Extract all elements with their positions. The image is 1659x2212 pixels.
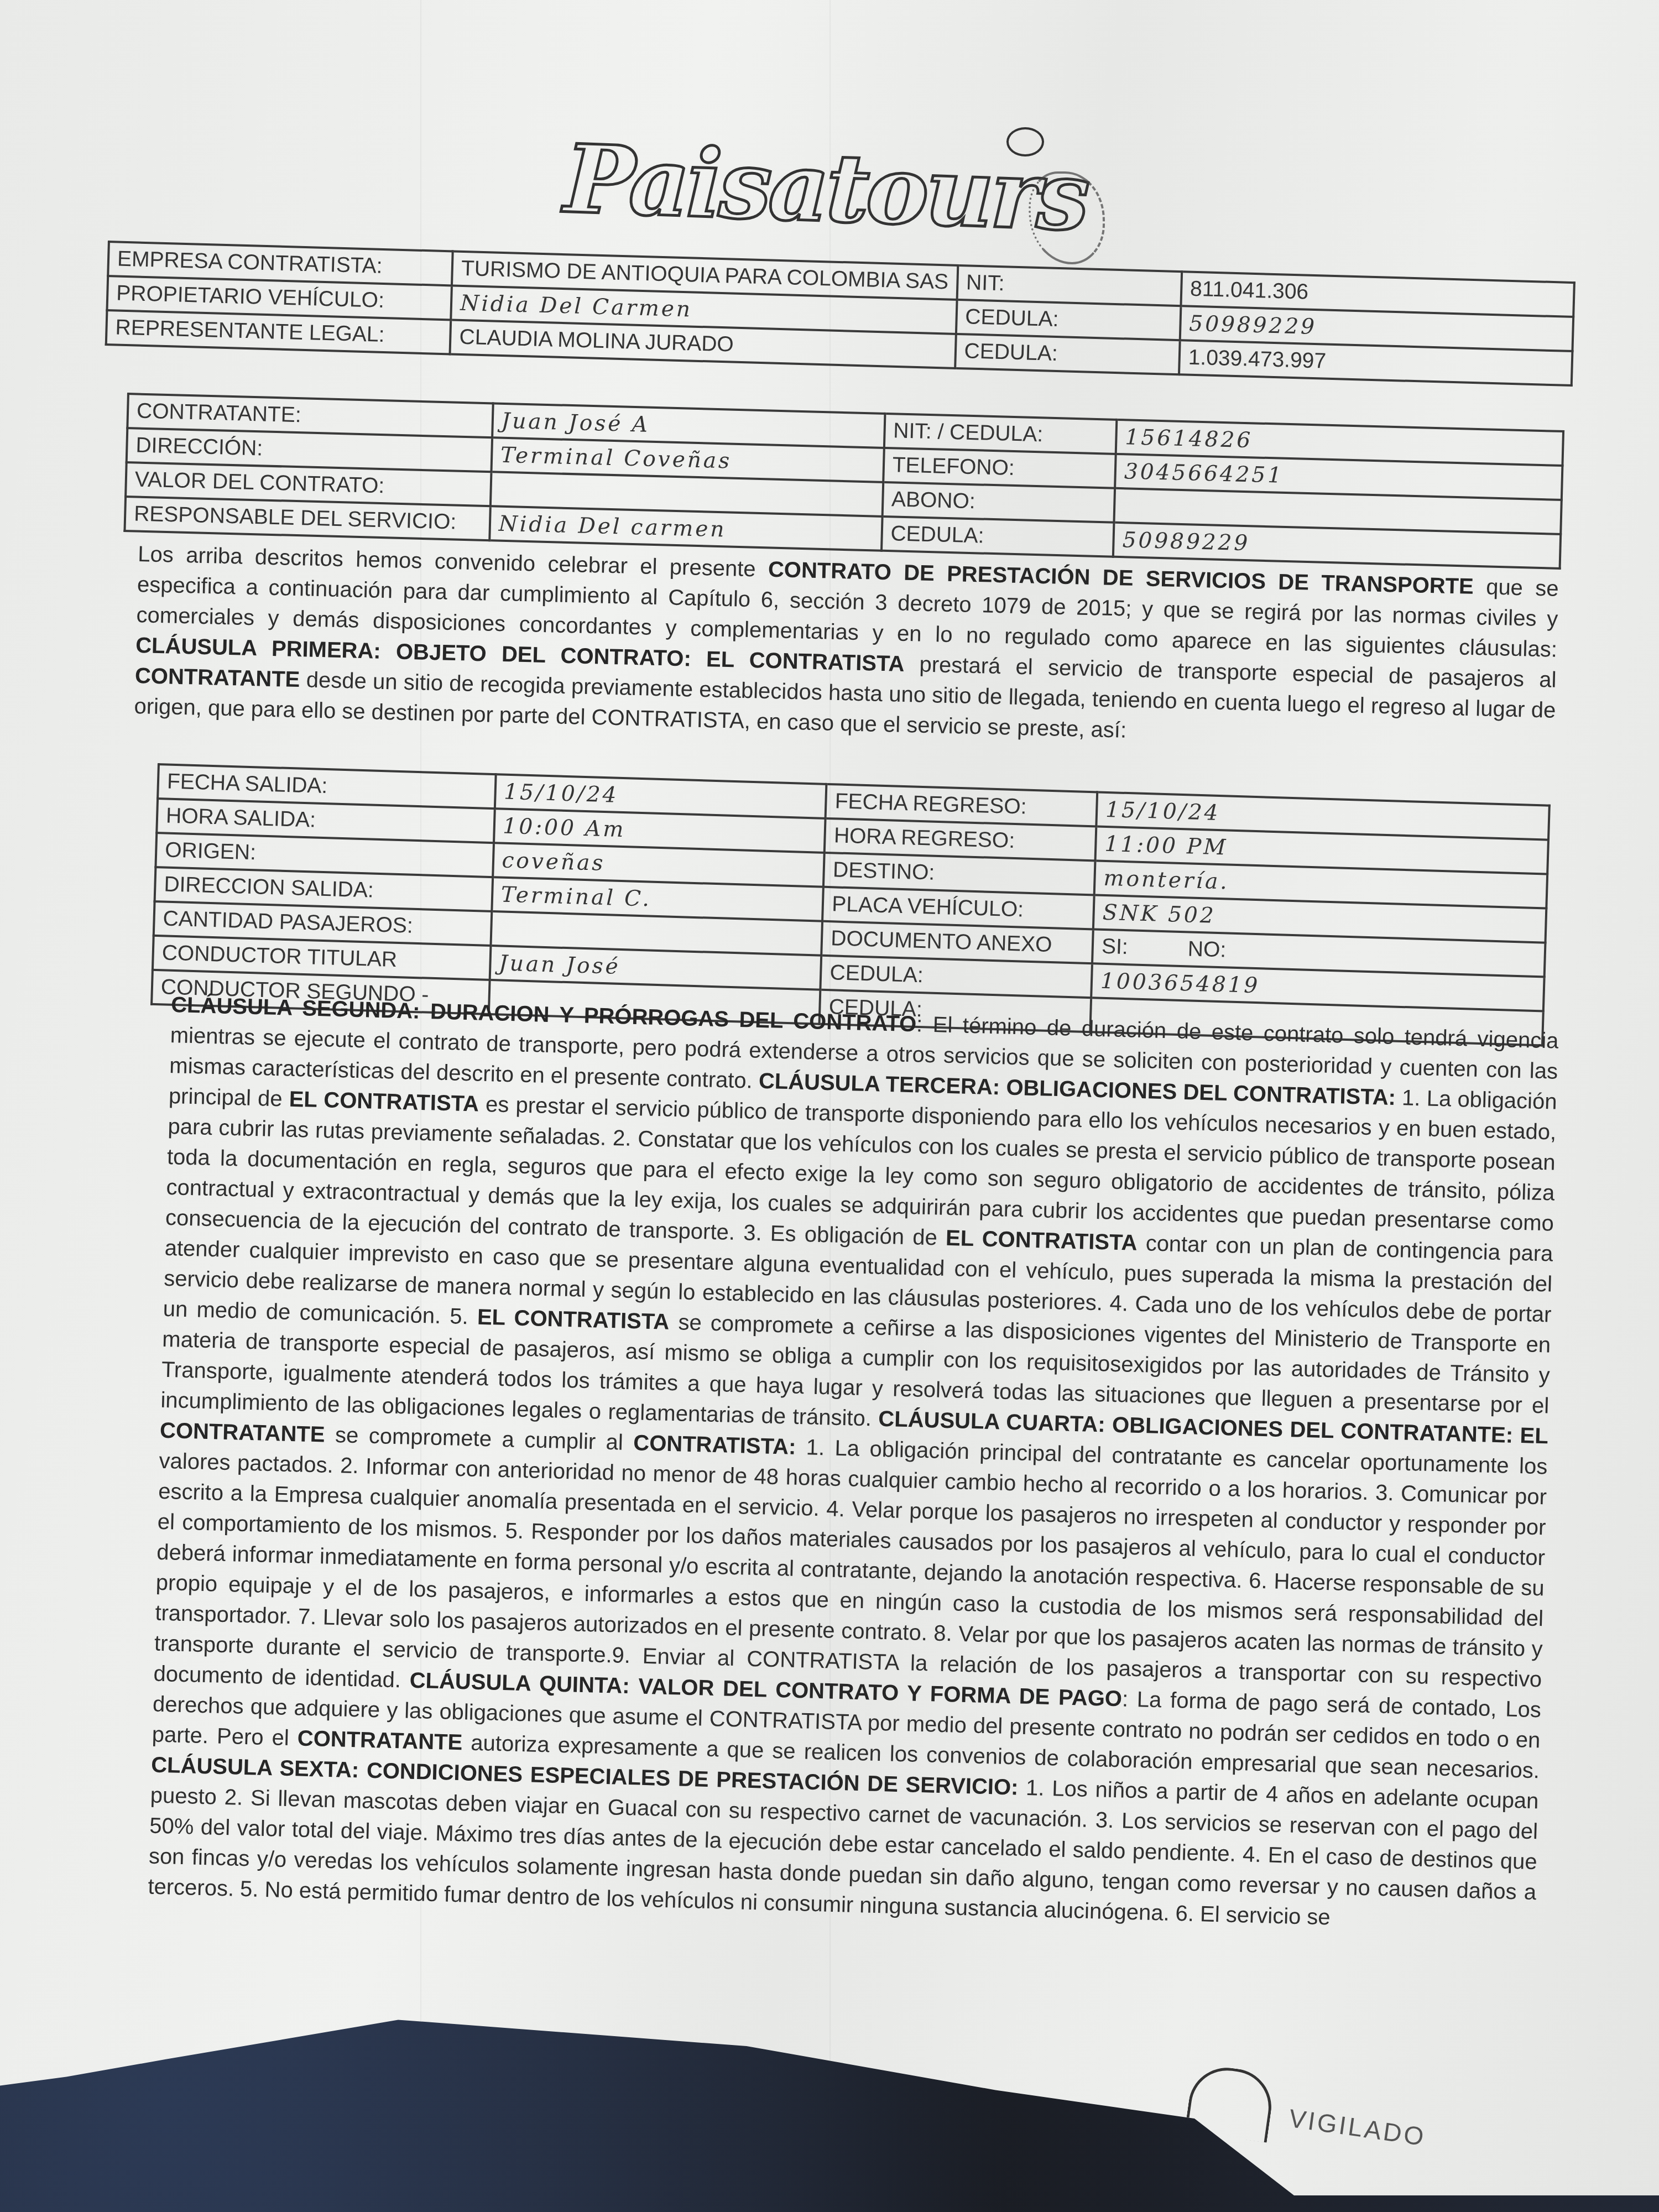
contract-sheet: Paisatours EMPRESA CONTRATISTA: TURISMO … [0, 0, 1659, 2195]
field-label: ABONO: [882, 482, 1115, 523]
field-label: CEDULA: [881, 517, 1114, 557]
intro-paragraph: Los arriba descritos hemos convenido cel… [134, 539, 1559, 757]
vigilado-label: VIGILADO [1287, 2103, 1427, 2152]
clauses-2-3: CLÁUSULA SEGUNDA: DURACION Y PRÓRROGAS D… [148, 990, 1559, 1938]
contracting-party-table: CONTRATANTE: Juan José A NIT: / CEDULA: … [123, 393, 1564, 570]
field-label: NIT: [957, 265, 1182, 306]
field-label: TELEFONO: [883, 448, 1116, 488]
hat-icon [1006, 127, 1044, 156]
field-label: CEDULA: [955, 334, 1180, 374]
field-label: NIT: / CEDULA: [884, 414, 1117, 454]
company-info-table: EMPRESA CONTRATISTA: TURISMO DE ANTIOQUI… [105, 241, 1575, 387]
company-logo: Paisatours [564, 116, 1106, 254]
field-label: CEDULA: [956, 300, 1181, 340]
